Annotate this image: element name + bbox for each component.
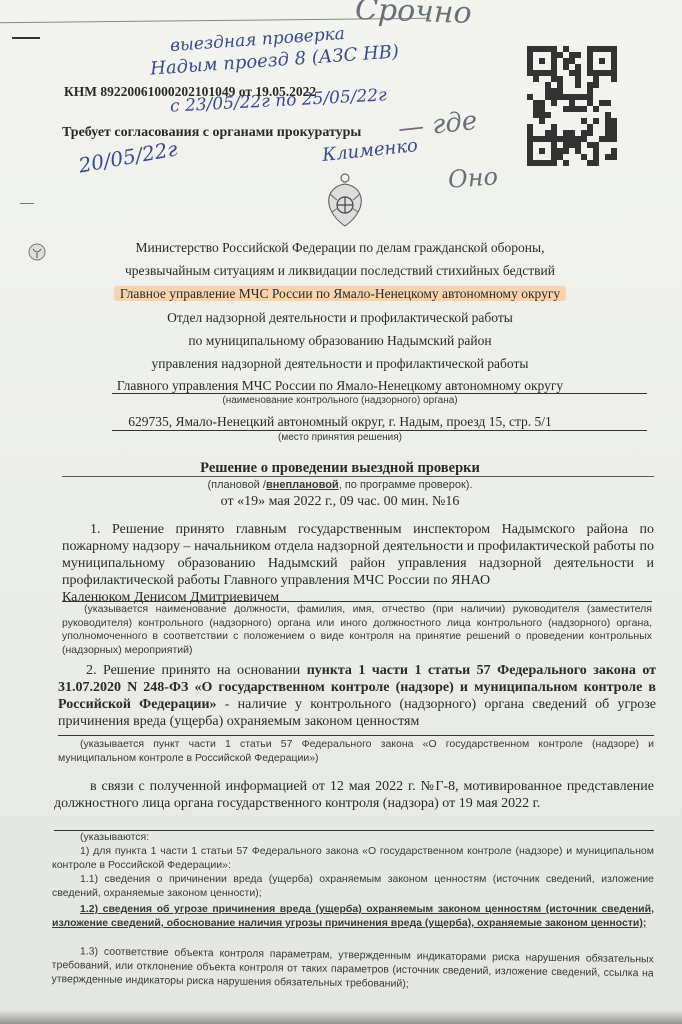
agency-line-2: чрезвычайным ситуациям и ликвидации посл…: [60, 263, 620, 279]
qr-code: [527, 46, 617, 166]
address-underline: [112, 430, 647, 431]
selected-type-unscheduled: внеплановой: [266, 479, 339, 491]
handwritten-note: Оно: [447, 162, 499, 193]
margin-dash: [12, 37, 40, 39]
basis-item-1: 1) для пункта 1 части 1 статьи 57 Федера…: [52, 845, 654, 872]
section-2-caption: (указывается пункт части 1 статьи 57 Фед…: [58, 738, 654, 765]
section-1-underline: [62, 601, 652, 602]
basis-text: в связи с полученной информацией от 12 м…: [54, 778, 654, 812]
section-2-underline: [58, 735, 654, 736]
address-caption: (место принятия решения): [60, 432, 620, 443]
basis-item-1-3: 1.3) соответствие объекта контроля парам…: [51, 944, 654, 994]
prosecutor-approval-note: Требует согласования с органами прокурат…: [62, 125, 361, 141]
decision-date-number: от «19» мая 2022 г., 09 час. 00 мин. №16: [60, 494, 620, 510]
document-title: Решение о проведении выездной проверки: [60, 460, 620, 477]
section-1-caption: (указывается наименование должности, фам…: [62, 603, 652, 657]
basis-item-1-2-selected: 1.2) сведения об угрозе причинения вреда…: [52, 902, 654, 930]
agency-underline: [112, 393, 647, 394]
section-1-text: 1. Решение принято главным государственн…: [62, 521, 654, 606]
agency-line-3: Главное управление МЧС России по Ямало-Н…: [60, 286, 620, 302]
knm-number: КНМ 89220061000202101049 от 19.05.2022: [64, 84, 316, 100]
highlighted-agency-name: Главное управление МЧС России по Ямало-Н…: [114, 286, 566, 301]
inspection-type: (плановой /внеплановой, по программе про…: [60, 479, 620, 491]
agency-line-7: Главного управления МЧС России по Ямало-…: [60, 378, 620, 394]
section-2-text: 2. Решение принято на основании пункта 1…: [58, 662, 656, 730]
mchs-emblem-icon: [322, 172, 368, 228]
agency-line-5: по муниципальному образованию Надымский …: [60, 333, 620, 349]
handwritten-urgent: Срочно: [354, 0, 472, 31]
agency-line-1: Министерство Российской Федерации по дел…: [60, 240, 620, 256]
decision-address: 629735, Ямало-Ненецкий автономный округ,…: [60, 414, 620, 430]
title-underline: [62, 476, 654, 477]
basis-item-1-1: 1.1) сведения о причинении вреда (ущерба…: [52, 873, 654, 900]
margin-dash-2: [20, 203, 34, 204]
scanned-document-page: Срочно выездная проверка Надым проезд 8 …: [0, 0, 682, 1024]
bottom-shadow: [0, 1010, 682, 1024]
handwritten-date: 20/05/22г: [77, 137, 180, 178]
margin-stamp-icon: [28, 243, 46, 261]
agency-line-4: Отдел надзорной деятельности и профилакт…: [60, 310, 620, 326]
agency-line-6: управления надзорной деятельности и проф…: [60, 356, 620, 372]
agency-caption: (наименование контрольного (надзорного) …: [60, 395, 620, 406]
basis-caption-head: (указываются:: [80, 831, 149, 843]
